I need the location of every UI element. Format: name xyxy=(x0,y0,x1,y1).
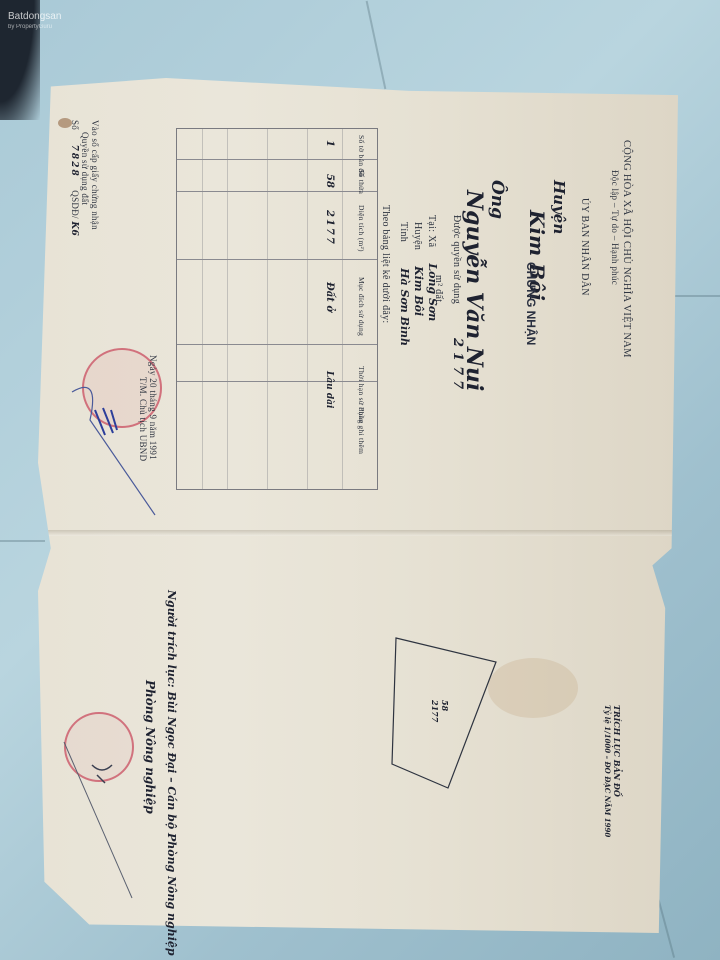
drafter-line: Người trích lục: Bùi Ngọc Đại – Cán bộ P… xyxy=(165,590,178,956)
map-extract-subtitle: Tỷ lệ 1/1000 – ĐO ĐẠC NĂM 1990 xyxy=(603,705,612,837)
issuer: ỦY BAN NHÂN DÂN xyxy=(579,198,590,296)
plot-label: 58 2177 xyxy=(430,700,450,722)
registry-number-value: 7828 xyxy=(69,145,79,178)
header-purpose: Mục đích sử dụng xyxy=(357,277,366,362)
cell-purpose: Đất ở xyxy=(324,282,335,367)
certificate-title: CHỨNG NHẬN xyxy=(524,262,538,345)
area-value: 2177 xyxy=(450,338,465,394)
province-value: Hà Sơn Bình xyxy=(398,268,411,346)
watermark-tagline: by PropertyGuru xyxy=(8,22,61,32)
header-term: Thời hạn sử dụng xyxy=(357,366,366,403)
drafter-block: Người trích lục: Bùi Ngọc Đại – Cán bộ P… xyxy=(143,590,178,956)
header-parcel-no: Số thửa xyxy=(357,169,366,201)
cell-parcel-no: 58 xyxy=(324,174,335,206)
plot-number: 58 xyxy=(440,700,450,722)
holder-prefix: Ông xyxy=(487,180,507,219)
drafter-department: Phòng Nông nghiệp xyxy=(143,590,157,956)
registry-line1: Vào sổ cấp giấy chứng nhận xyxy=(90,120,100,236)
area-label: Được quyền sử dụng xyxy=(451,215,462,304)
floor-tile-line xyxy=(670,295,720,297)
registry-suffix: QSDĐ/ xyxy=(70,190,80,219)
floor-tile-line xyxy=(0,540,45,542)
title-block: CHỨNG NHẬN xyxy=(524,262,538,345)
watermark-brand: Batdongsan xyxy=(8,11,61,22)
parcel-table xyxy=(176,128,378,490)
national-header-block: CỘNG HÒA XÃ HỘI CHỦ NGHĨA VIỆT NAM Độc l… xyxy=(610,140,632,358)
cell-map-sheet: 1 xyxy=(324,140,335,170)
plot-area: 2177 xyxy=(430,700,440,722)
location-province: Tỉnh Hà Sơn Bình xyxy=(396,222,414,346)
list-intro: Theo bảng liệt kê dưới đây: xyxy=(378,205,396,324)
floor-tile-line xyxy=(366,1,387,89)
map-extract-header: TRÍCH LỤC BẢN ĐỒ Tỷ lệ 1/1000 – ĐO ĐẠC N… xyxy=(603,705,622,837)
table-row: 1 58 2177 Đất ở Lâu dài xyxy=(322,140,340,408)
header-notes: Phần ghi thêm xyxy=(357,407,366,467)
registry-number-label: Số xyxy=(70,120,80,130)
registry-block: Vào sổ cấp giấy chứng nhận Quyền sử dụng… xyxy=(69,120,100,236)
header-area: Diện tích (m²) xyxy=(357,205,366,273)
cell-area: 2177 xyxy=(324,210,335,278)
holder-line: Ông Nguyễn Văn Nui xyxy=(461,180,507,393)
paper-fold xyxy=(38,530,678,536)
map-extract-title: TRÍCH LỤC BẢN ĐỒ xyxy=(612,705,622,837)
cell-term: Lâu dài xyxy=(324,371,334,408)
header-map-sheet: Số tờ bản đồ xyxy=(357,135,366,165)
province-label: Tỉnh xyxy=(398,222,409,242)
signature-stroke-back xyxy=(62,740,142,900)
registry-line2: Quyền sử dụng đất xyxy=(80,120,90,236)
list-intro-text: Theo bảng liệt kê dưới đây: xyxy=(380,205,391,324)
table-header-row: Số tờ bản đồ Số thửa Diện tích (m²) Mục … xyxy=(354,135,372,467)
national-header: CỘNG HÒA XÃ HỘI CHỦ NGHĨA VIỆT NAM xyxy=(621,140,632,358)
issuer-block: ỦY BAN NHÂN DÂN xyxy=(579,198,590,296)
signature-stroke xyxy=(70,380,160,520)
district-label: Huyện xyxy=(550,180,568,234)
watermark: Batdongsan by PropertyGuru xyxy=(8,12,61,32)
registry-suffix-value: K6 xyxy=(69,221,79,236)
motto: Độc lập – Tự do – Hạnh phúc xyxy=(610,140,620,358)
